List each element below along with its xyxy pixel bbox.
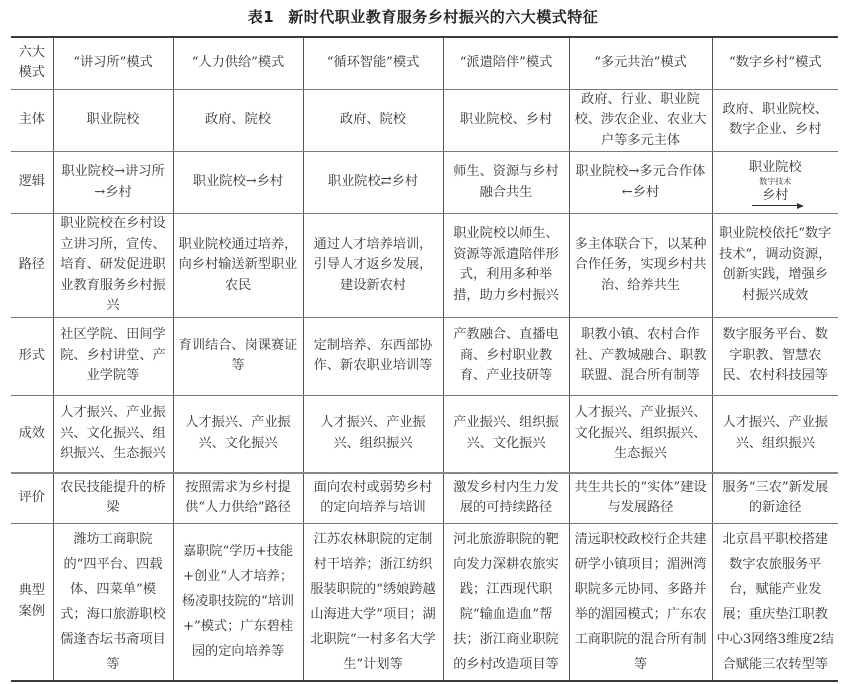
- cell: 河北旅游职院的靶向发力深耕农旅实践；江西现代职院“输血造血”帮扶；浙江商业职院的…: [443, 523, 569, 681]
- cell: 职业院校依托“数字技术”，调动资源，创新实践，增强乡村振兴成效: [712, 214, 838, 318]
- table-caption: 表1新时代职业教育服务乡村振兴的六大模式特征: [0, 6, 846, 27]
- cell: 职业院校通过培养，向乡村输送新型职业农民: [173, 214, 303, 318]
- table-number: 表1: [248, 8, 274, 26]
- cell: 职业院校→多元合作体←乡村: [569, 152, 712, 214]
- cell: 政府、职业院校、数字企业、乡村: [712, 89, 838, 152]
- cell: 北京昌平职校搭建数字农旅服务平台，赋能产业发展；重庆垫江职教中心3网络3维度2结…: [712, 523, 838, 681]
- row-label: 典型案例: [11, 523, 53, 681]
- arrow-icon: 乡村: [752, 188, 798, 206]
- cell: 农民技能提升的桥梁: [53, 473, 173, 523]
- corner-header: 六大模式: [11, 37, 53, 89]
- cell: 师生、资源与乡村融合共生: [443, 152, 569, 214]
- cell: 职业院校以师生、资源等派遣陪伴形式，利用多种举措，助力乡村振兴: [443, 214, 569, 318]
- row-label: 主体: [11, 89, 53, 152]
- row-label: 形式: [11, 317, 53, 395]
- header-row: 六大模式 “讲习所”模式 “人力供给”模式 “循环智能”模式 “派遣陪伴”模式 …: [11, 37, 838, 89]
- cell: 职业院校→讲习所→乡村: [53, 152, 173, 214]
- cell: 共生共长的“实体”建设与发展路径: [569, 473, 712, 523]
- col-header-xunhuan: “循环智能”模式: [303, 37, 443, 89]
- cell: 产教融合、直播电商、乡村职业教育、产业技研等: [443, 317, 569, 395]
- cell: 产业振兴、组织振兴、文化振兴: [443, 395, 569, 473]
- cell: 潍坊工商职院的“四平台、四载体、四菜单”模式；海口旅游职校儒逢杏坛书斋项目等: [53, 523, 173, 681]
- cell: 嘉职院“学历+技能+创业”人才培养；杨凌职技院的“培训+”模式；广东碧桂园的定向…: [173, 523, 303, 681]
- col-header-duoyuan: “多元共治”模式: [569, 37, 712, 89]
- col-header-renli: “人力供给”模式: [173, 37, 303, 89]
- cell-digital-logic: 职业院校 数字技术 乡村: [712, 152, 838, 214]
- table-row-path: 路径 职业院校在乡村设立讲习所，宣传、培育、研发促进职业教育服务乡村振兴 职业院…: [11, 214, 838, 318]
- cell: 人才振兴、产业振兴、文化振兴、组织振兴、生态振兴: [569, 395, 712, 473]
- cell: 激发乡村内生力发展的可持续路径: [443, 473, 569, 523]
- row-label: 成效: [11, 395, 53, 473]
- logic-bottom: 乡村: [762, 188, 788, 203]
- cell: 按照需求为乡村提供“人力供给”路径: [173, 473, 303, 523]
- table-title: 新时代职业教育服务乡村振兴的六大模式特征: [288, 8, 598, 26]
- logic-via: 数字技术: [717, 177, 835, 187]
- modes-table: 六大模式 “讲习所”模式 “人力供给”模式 “循环智能”模式 “派遣陪伴”模式 …: [11, 36, 838, 682]
- cell: 职教小镇、农村合作社、产教城融合、职教联盟、混合所有制等: [569, 317, 712, 395]
- cell: 育训结合、岗课赛证等: [173, 317, 303, 395]
- cell: 职业院校、乡村: [443, 89, 569, 152]
- cell: 人才振兴、产业振兴、组织振兴: [712, 395, 838, 473]
- cell: 多主体联合下，以某种合作任务，实现乡村共治、给养共生: [569, 214, 712, 318]
- col-header-paiqian: “派遣陪伴”模式: [443, 37, 569, 89]
- cell: 数字服务平台、数字职教、智慧农民、农村科技园等: [712, 317, 838, 395]
- row-label: 路径: [11, 214, 53, 318]
- table-row-subject: 主体 职业院校 政府、院校 政府、院校 职业院校、乡村 政府、行业、职业院校、涉…: [11, 89, 838, 152]
- cell: 清远职校政校行企共建研学小镇项目；湄洲湾职院多元协同、多路并举的湄园模式；广东农…: [569, 523, 712, 681]
- cell: 政府、院校: [303, 89, 443, 152]
- cell: 职业院校在乡村设立讲习所，宣传、培育、研发促进职业教育服务乡村振兴: [53, 214, 173, 318]
- logic-top: 职业院校: [717, 159, 835, 177]
- cell: 职业院校→乡村: [173, 152, 303, 214]
- cell: 政府、行业、职业院校、涉农企业、农业大户等多元主体: [569, 89, 712, 152]
- table-row-cases: 典型案例 潍坊工商职院的“四平台、四载体、四菜单”模式；海口旅游职校儒逢杏坛书斋…: [11, 523, 838, 681]
- table-row-evaluation: 评价 农民技能提升的桥梁 按照需求为乡村提供“人力供给”路径 面向农村或弱势乡村…: [11, 473, 838, 523]
- cell: 政府、院校: [173, 89, 303, 152]
- table-row-logic: 逻辑 职业院校→讲习所→乡村 职业院校→乡村 职业院校⇄乡村 师生、资源与乡村融…: [11, 152, 838, 214]
- col-header-shuzi: “数字乡村”模式: [712, 37, 838, 89]
- cell: 社区学院、田间学院、乡村讲堂、产业学院等: [53, 317, 173, 395]
- cell: 服务“三农”新发展的新途径: [712, 473, 838, 523]
- cell: 人才振兴、产业振兴、组织振兴: [303, 395, 443, 473]
- cell: 定制培养、东西部协作、新农职业培训等: [303, 317, 443, 395]
- cell: 江苏农林职院的定制村干培养；浙江纺织服装职院的“绣娘跨越山海进大学”项目；湖北职…: [303, 523, 443, 681]
- cell: 职业院校⇄乡村: [303, 152, 443, 214]
- cell: 面向农村或弱势乡村的定向培养与培训: [303, 473, 443, 523]
- row-label: 评价: [11, 473, 53, 523]
- cell: 人才振兴、产业振兴、文化振兴: [173, 395, 303, 473]
- cell: 职业院校: [53, 89, 173, 152]
- col-header-jiangxisuo: “讲习所”模式: [53, 37, 173, 89]
- cell: 人才振兴、产业振兴、文化振兴、组织振兴、生态振兴: [53, 395, 173, 473]
- row-label: 逻辑: [11, 152, 53, 214]
- cell: 通过人才培养培训，引导人才返乡发展，建设新农村: [303, 214, 443, 318]
- table-row-outcome: 成效 人才振兴、产业振兴、文化振兴、组织振兴、生态振兴 人才振兴、产业振兴、文化…: [11, 395, 838, 473]
- table-row-form: 形式 社区学院、田间学院、乡村讲堂、产业学院等 育训结合、岗课赛证等 定制培养、…: [11, 317, 838, 395]
